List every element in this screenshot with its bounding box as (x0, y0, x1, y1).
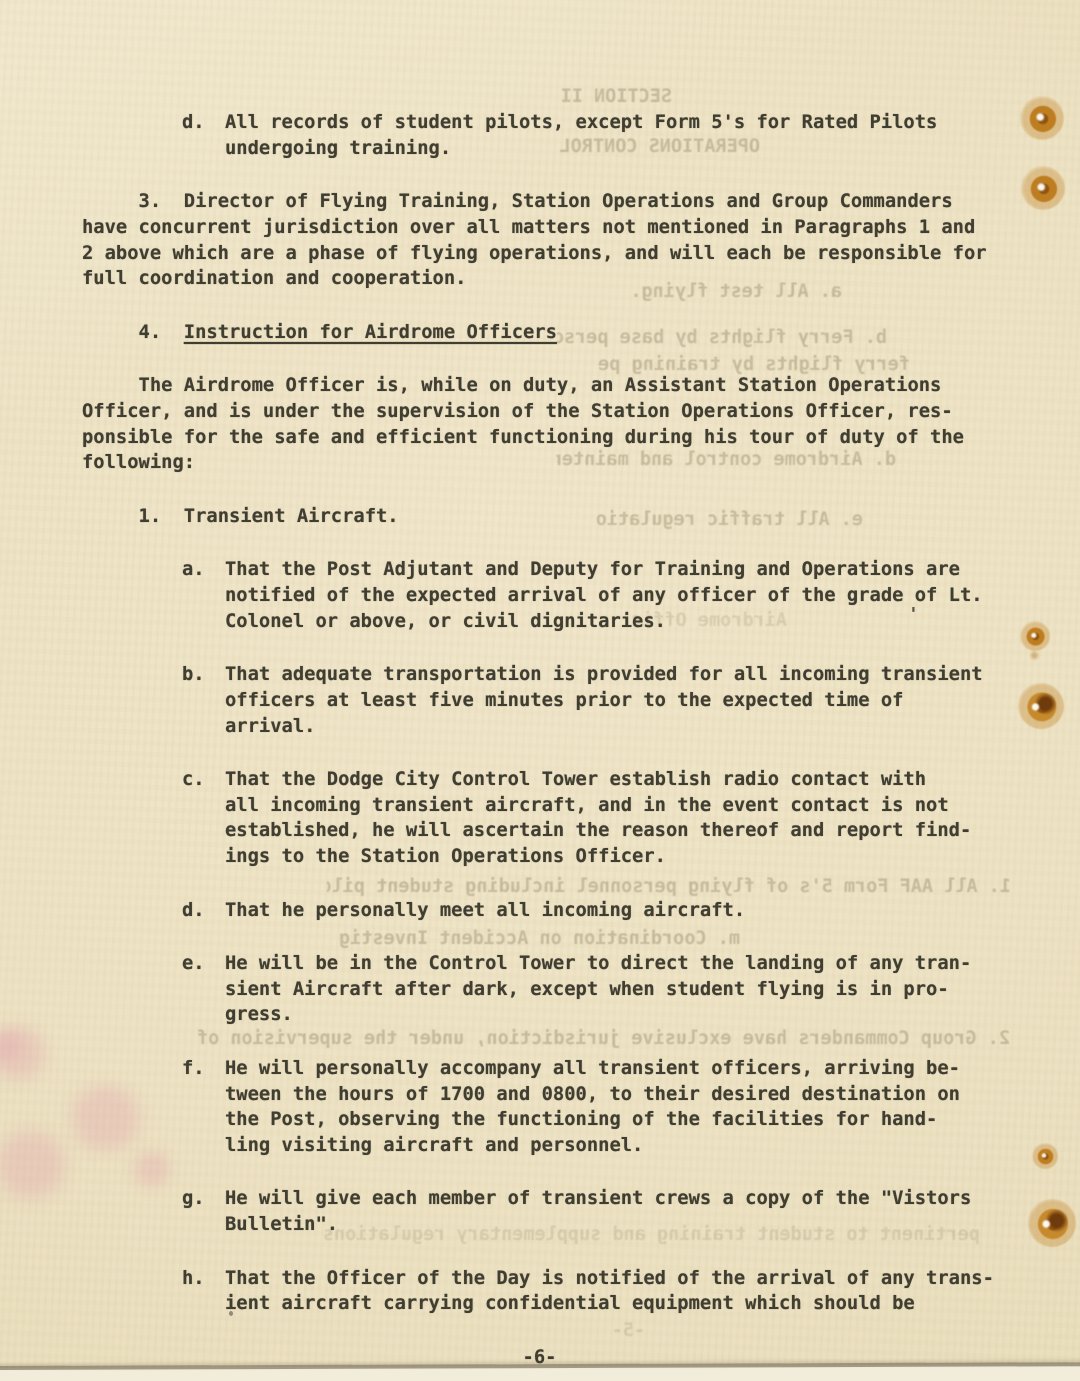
typewritten-content: d. All records of student pilots, except… (82, 110, 997, 1368)
ink-speck (229, 1311, 233, 1316)
list-item-d-prev: d. All records of student pilots, except… (182, 110, 997, 162)
item-letter: c. (182, 767, 225, 870)
rust-stain (1028, 1199, 1076, 1247)
section-title: Instruction for Airdrome Officers (184, 322, 557, 343)
item-letter: h. (182, 1266, 225, 1318)
list-item-d: d. That he personally meet all incoming … (182, 898, 997, 924)
subsection-1-transient-aircraft: 1. Transient Aircraft. (82, 504, 997, 530)
list-item-e: e. He will be in the Control Tower to di… (182, 951, 997, 1028)
item-text: That the Officer of the Day is notified … (225, 1266, 1000, 1318)
rust-stain (1018, 683, 1064, 729)
list-item-f: f. He will personally accompany all tran… (182, 1056, 997, 1159)
rust-stain (1021, 166, 1065, 210)
item-text: That the Post Adjutant and Deputy for Tr… (225, 557, 1000, 634)
rust-stain (1020, 96, 1064, 140)
rust-stain (1030, 651, 1039, 660)
item-text: That the Dodge City Control Tower establ… (225, 767, 1000, 870)
rust-stain (1032, 1143, 1058, 1169)
list-item-c: c. That the Dodge City Control Tower est… (182, 767, 997, 870)
scanned-document-page: SECTION II OPERATIONS CONTROL a. All tes… (0, 0, 1080, 1368)
item-text: He will be in the Control Tower to direc… (225, 951, 1000, 1028)
list-item-g: g. He will give each member of transient… (182, 1186, 997, 1238)
item-letter: d. (182, 898, 225, 924)
section-number: 4. (82, 322, 184, 343)
item-text: That he personally meet all incoming air… (225, 898, 1000, 924)
item-text: He will give each member of transient cr… (225, 1186, 1000, 1238)
section-4-heading: 4. Instruction for Airdrome Officers (82, 320, 997, 346)
rust-stain (1020, 621, 1050, 651)
item-letter: b. (182, 662, 225, 739)
list-item-h: h. That the Officer of the Day is notifi… (182, 1266, 997, 1318)
item-letter: g. (182, 1186, 225, 1238)
list-item-b: b. That adequate transportation is provi… (182, 662, 997, 739)
list-item-a: a. That the Post Adjutant and Deputy for… (182, 557, 997, 634)
bleed-through-text: SECTION II (560, 86, 672, 108)
paragraph-3: 3. Director of Flying Training, Station … (82, 189, 997, 292)
stray-ink-mark: ' (908, 604, 919, 625)
item-text: He will personally accompany all transie… (225, 1056, 1000, 1159)
pink-smudge (0, 1122, 73, 1207)
item-letter: d. (182, 110, 225, 162)
item-letter: a. (182, 557, 225, 634)
item-letter: e. (182, 951, 225, 1028)
item-text: All records of student pilots, except Fo… (225, 110, 1000, 162)
item-text: That adequate transportation is provided… (225, 662, 1000, 739)
paragraph-airdrome-officer: The Airdrome Officer is, while on duty, … (82, 373, 997, 476)
item-letter: f. (182, 1056, 225, 1159)
